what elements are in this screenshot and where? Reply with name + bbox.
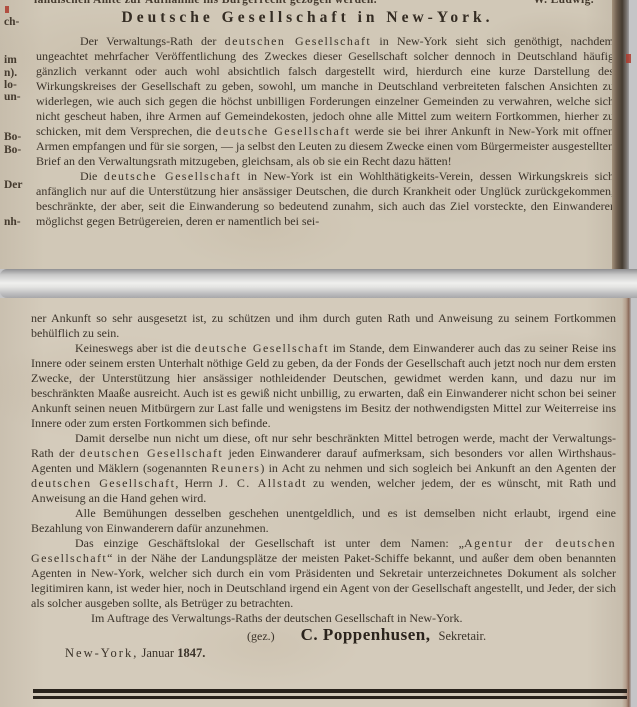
- dateline-city: New-York,: [65, 646, 138, 660]
- article-paragraph: Die deutsche Gesellschaft in New-York is…: [36, 169, 614, 229]
- red-ink-mark: [5, 6, 9, 13]
- article-paragraph: Das einzige Geschäftslokal der Gesellsch…: [31, 536, 616, 611]
- closing-attribution: Im Auftrage des Verwaltungs-Raths der de…: [31, 611, 616, 626]
- article-paragraph: ner Ankunft so sehr ausgesetzt ist, zu s…: [31, 311, 616, 341]
- signature-prefix: (gez.): [247, 629, 275, 644]
- margin-fragment: ch-: [4, 16, 19, 28]
- article-paragraph: Keineswegs aber ist die deutsche Gesells…: [31, 341, 616, 431]
- article-paragraph: Alle Bemühungen desselben geschehen unen…: [31, 506, 616, 536]
- margin-fragment: Bo-: [4, 131, 21, 143]
- cropped-header-line: ländischen Amte zur Aufnahme ins Bürgerr…: [34, 0, 594, 8]
- margin-fragment: Bo-: [4, 144, 21, 156]
- margin-fragment: n).: [4, 67, 17, 79]
- margin-fragment: nh-: [4, 216, 21, 228]
- dateline: New-York, Januar 1847.: [31, 646, 616, 661]
- signature-role: Sekretair.: [439, 629, 487, 644]
- page-edge-shadow: [612, 0, 629, 269]
- dateline-month: Januar: [138, 646, 177, 660]
- newspaper-scan: ländischen Amte zur Aufnahme ins Bürgerr…: [0, 0, 637, 707]
- end-rule: [33, 689, 627, 699]
- page-strip-top: ländischen Amte zur Aufnahme ins Bürgerr…: [0, 0, 629, 269]
- page-edge-shadow: [622, 298, 631, 707]
- article-title: Deutsche Gesellschaft in New-York.: [0, 9, 615, 27]
- signature-name: C. Poppenhusen,: [301, 627, 431, 642]
- margin-fragment: im: [4, 54, 17, 66]
- dateline-year: 1847.: [177, 646, 205, 660]
- article-paragraph: Damit derselbe nun nicht um diese, oft n…: [31, 431, 616, 506]
- strip-gap-divider: [0, 269, 637, 298]
- cropped-header-text: ländischen Amte zur Aufnahme ins Bürgerr…: [34, 0, 377, 6]
- article-body-top: Der Verwaltungs-Rath der deutschen Gesel…: [36, 34, 614, 229]
- margin-fragment: lo-: [4, 79, 17, 91]
- page-strip-bottom: ner Ankunft so sehr ausgesetzt ist, zu s…: [0, 298, 631, 707]
- article-paragraph: Der Verwaltungs-Rath der deutschen Gesel…: [36, 34, 614, 169]
- margin-fragment: Der: [4, 179, 23, 191]
- margin-fragment: un-: [4, 91, 21, 103]
- cropped-header-byline: W. Ludwig.: [533, 0, 594, 6]
- red-ink-mark: [626, 54, 631, 63]
- article-body-bottom: ner Ankunft so sehr ausgesetzt ist, zu s…: [31, 311, 616, 661]
- signature-line: (gez.)C. Poppenhusen,Sekretair.: [31, 627, 616, 644]
